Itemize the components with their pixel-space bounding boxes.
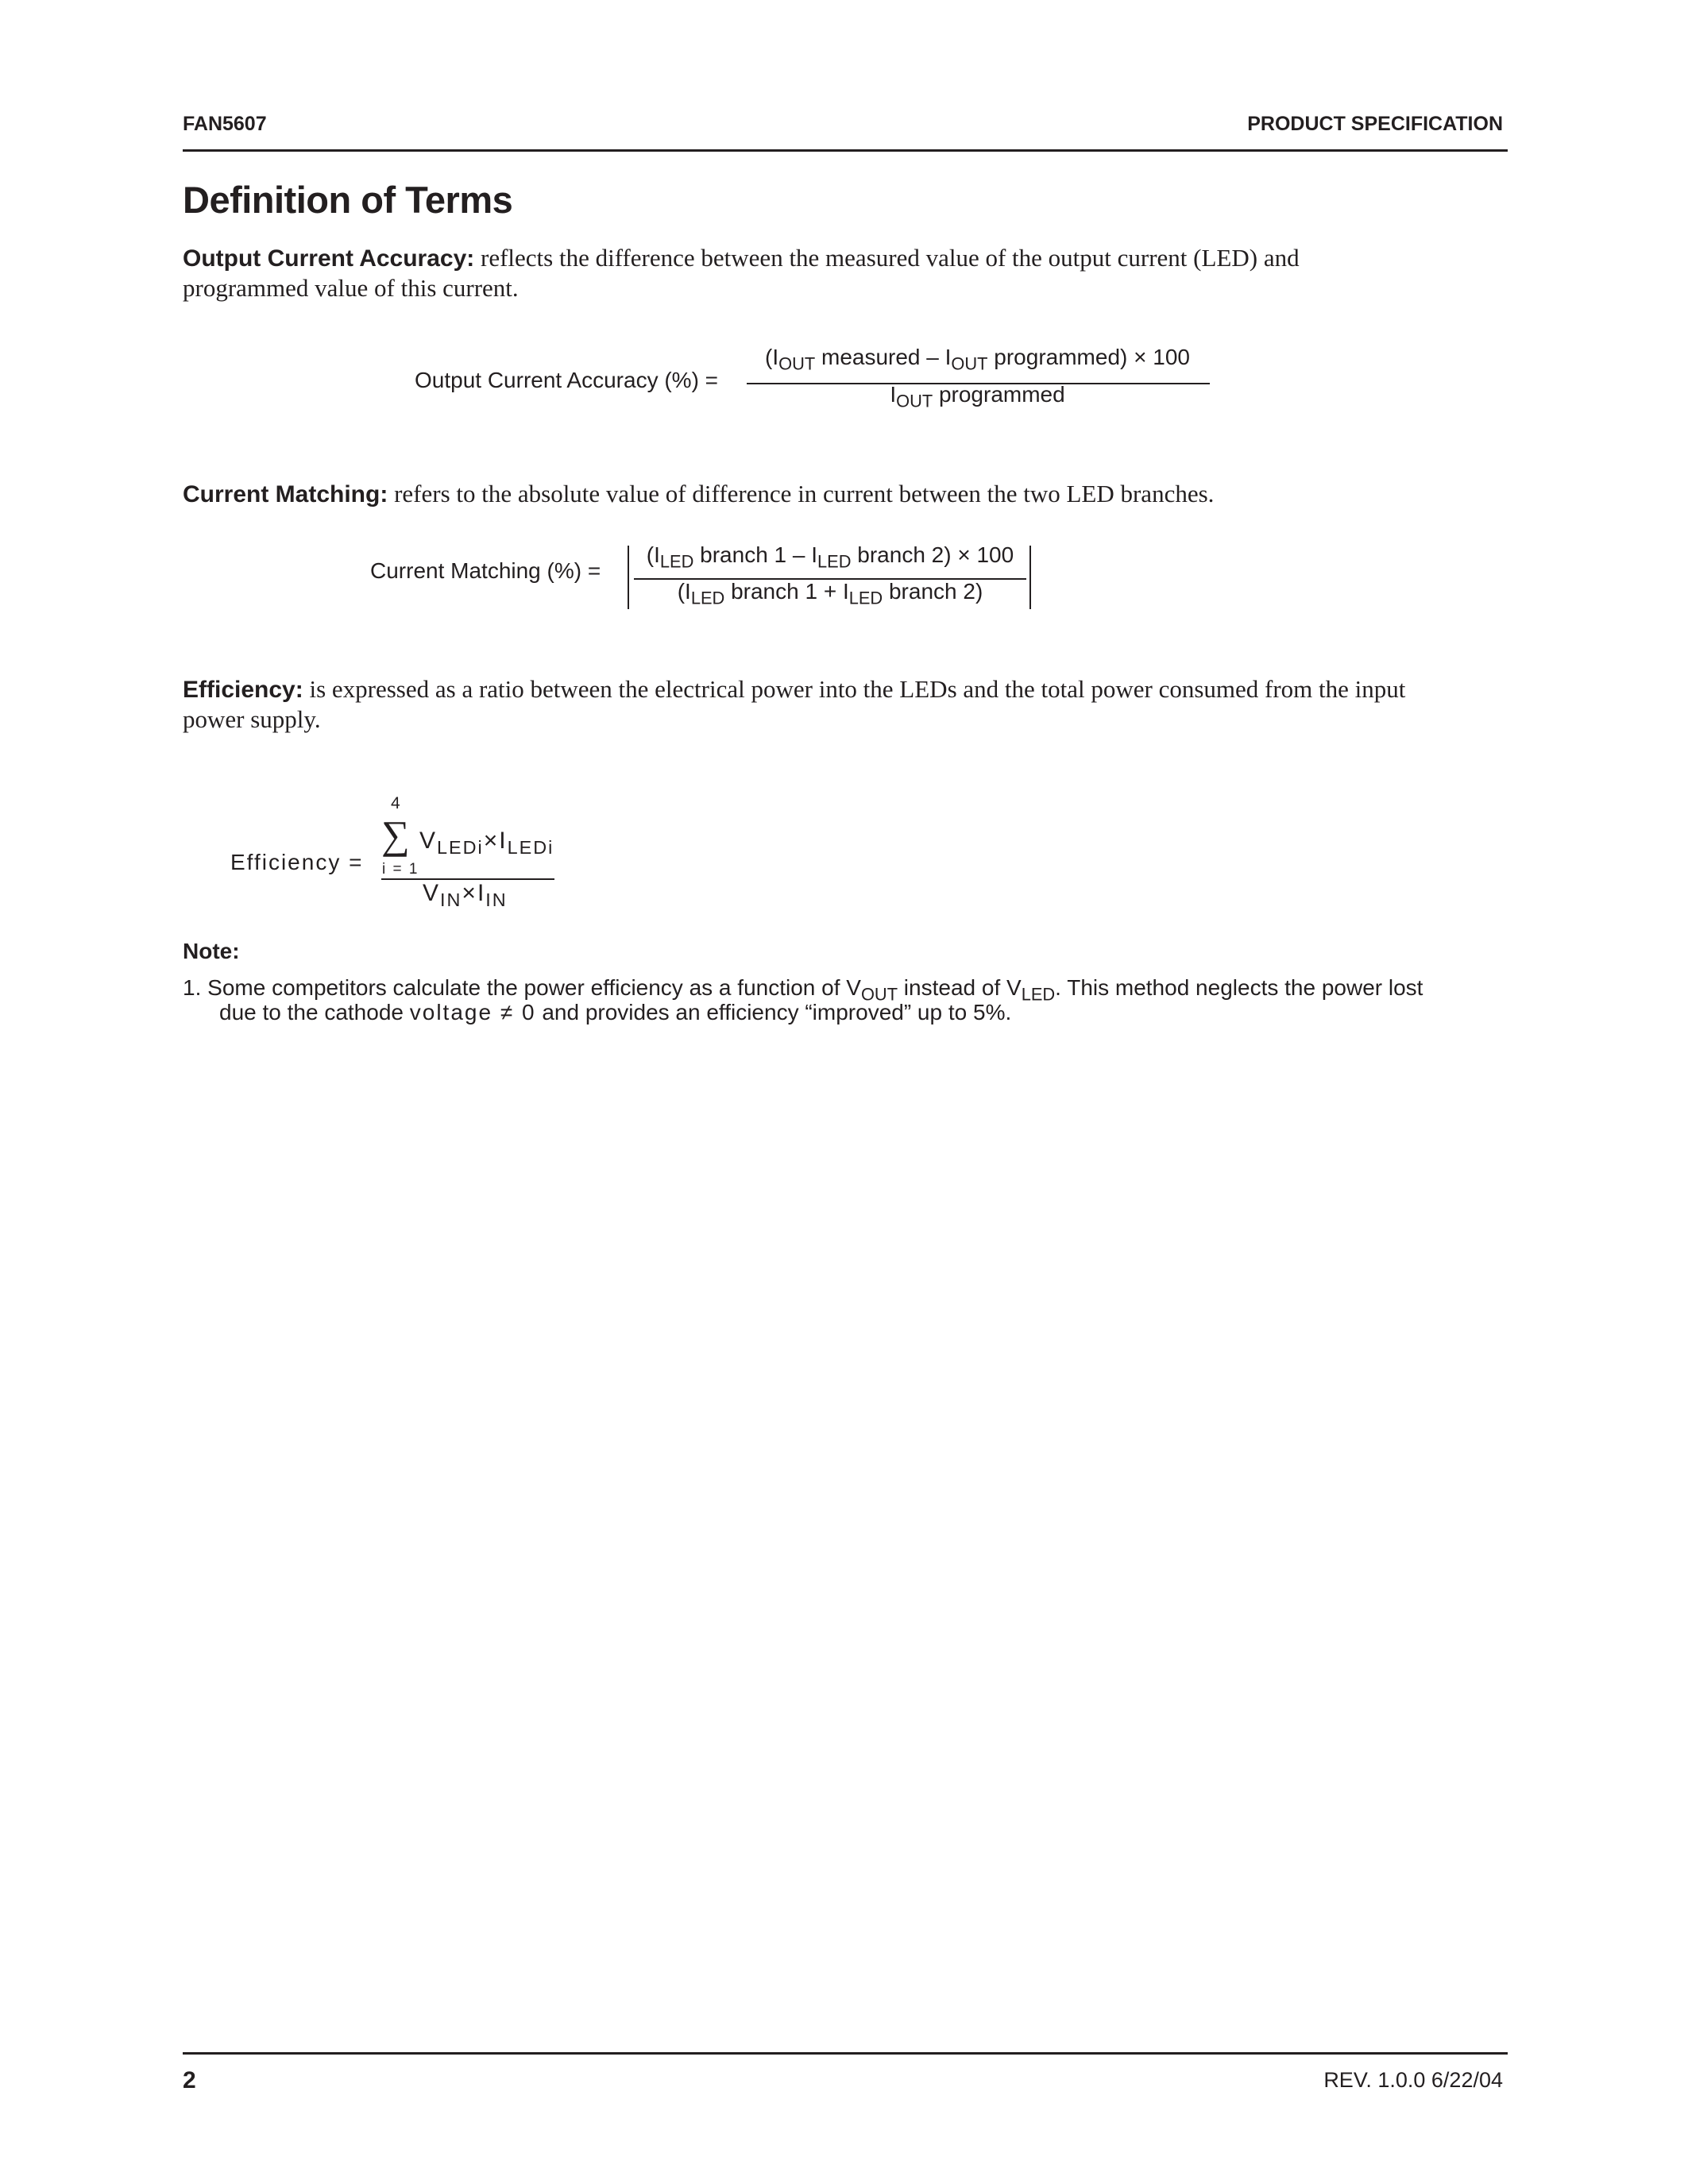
header-rule — [183, 149, 1508, 152]
definition-text: reflects the difference between the meas… — [474, 244, 1299, 272]
abs-bar-right — [1029, 546, 1031, 609]
page-number: 2 — [183, 2069, 196, 2093]
sum-lower-limit: i = 1 — [382, 862, 419, 877]
definition-current-matching: Current Matching: refers to the absolute… — [183, 479, 1214, 510]
efficiency-equation-label: Efficiency = — [230, 851, 363, 874]
definition-text-continued: programmed value of this current. — [183, 273, 519, 303]
term-label: Output Current Accuracy: — [183, 245, 474, 272]
definition-text-continued: power supply. — [183, 704, 321, 735]
doc-part-number: FAN5607 — [183, 114, 267, 134]
page-title: Definition of Terms — [183, 181, 512, 218]
accuracy-equation-label: Output Current Accuracy (%) = — [415, 369, 718, 392]
sigma-symbol: ∑ — [381, 815, 410, 855]
doc-type-label: PRODUCT SPECIFICATION — [1247, 114, 1503, 134]
abs-bar-left — [628, 546, 629, 609]
term-label: Efficiency: — [183, 677, 303, 703]
note-item-number: 1. — [183, 975, 201, 1000]
efficiency-denominator: VIN×IIN — [423, 882, 508, 905]
matching-equation-denominator: (ILED branch 1 + ILED branch 2) — [632, 581, 1028, 603]
revision-label: REV. 1.0.0 6/22/04 — [1323, 2070, 1503, 2091]
definition-text: is expressed as a ratio between the elec… — [303, 675, 1406, 703]
efficiency-numerator: VLEDi×ILEDi — [419, 829, 554, 853]
definition-output-current-accuracy: Output Current Accuracy: reflects the di… — [183, 243, 1300, 274]
definition-efficiency: Efficiency: is expressed as a ratio betw… — [183, 674, 1405, 705]
note-heading: Note: — [183, 939, 240, 964]
term-label: Current Matching: — [183, 481, 388, 507]
accuracy-equation-denominator: IOUT programmed — [745, 384, 1210, 406]
accuracy-equation-numerator: (IOUT measured – IOUT programmed) × 100 — [745, 346, 1210, 369]
footer-rule — [183, 2052, 1508, 2055]
sum-upper-limit: 4 — [391, 794, 400, 813]
matching-equation-numerator: (ILED branch 1 – ILED branch 2) × 100 — [632, 544, 1028, 566]
definition-text: refers to the absolute value of differen… — [388, 480, 1214, 507]
note-item-line-1: 1. Some competitors calculate the power … — [183, 975, 1423, 1001]
matching-equation-label: Current Matching (%) = — [370, 560, 601, 582]
note-item-line-2: due to the cathode voltage ≠ 0 and provi… — [219, 1000, 1011, 1025]
